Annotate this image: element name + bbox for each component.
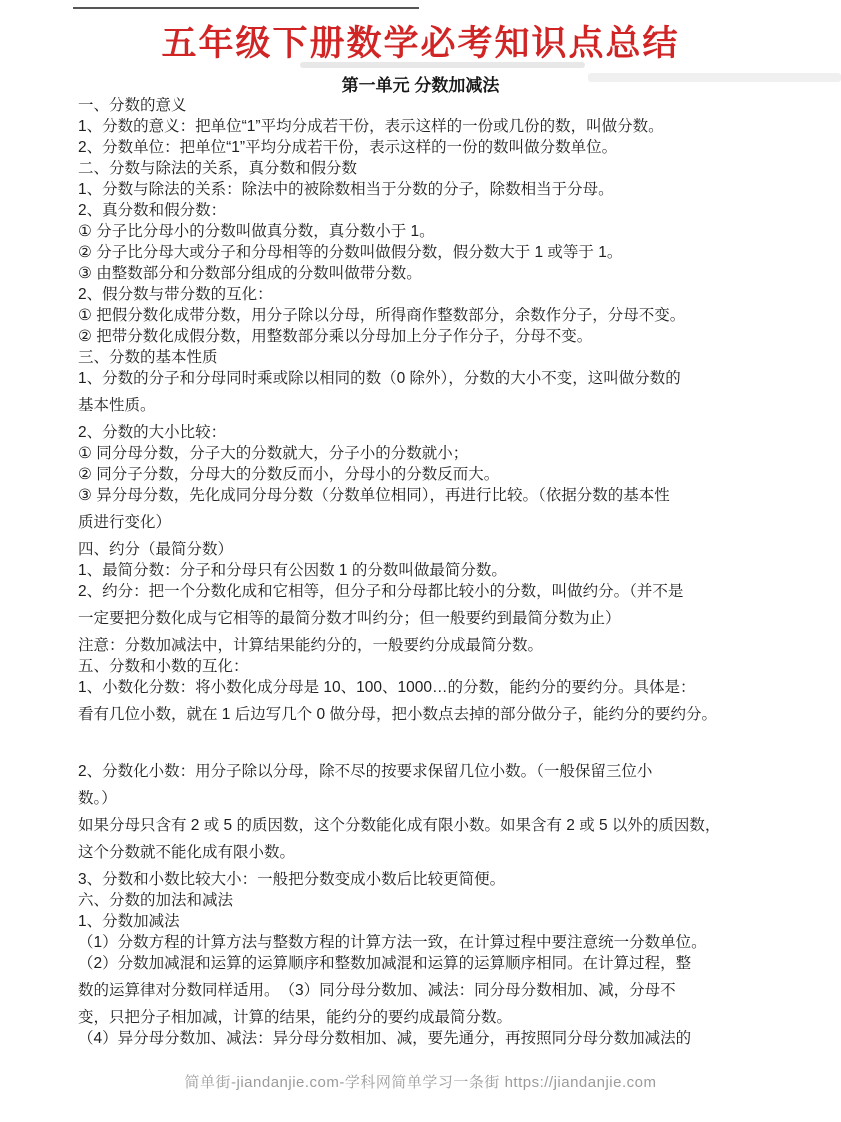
text-line: ③ 异分母分数，先化成同分母分数（分数单位相同），再进行比较。（依据分数的基本性 <box>78 485 778 506</box>
text-line: 2、真分数和假分数： <box>78 200 778 221</box>
text-line: ① 同分母分数，分子大的分数就大，分子小的分数就小； <box>78 443 778 464</box>
text-line: 2、分数单位：把单位“1”平均分成若干份，表示这样的一份的数叫做分数单位。 <box>78 137 778 158</box>
text-line: ① 分子比分母小的分数叫做真分数，真分数小于 1。 <box>78 221 778 242</box>
text-line: ② 同分子分数，分母大的分数反而小，分母小的分数反而大。 <box>78 464 778 485</box>
text-line: 如果分母只含有 2 或 5 的质因数，这个分数能化成有限小数。如果含有 2 或 … <box>78 815 778 836</box>
text-line: 2、分数化小数：用分子除以分母，除不尽的按要求保留几位小数。（一般保留三位小 <box>78 761 778 782</box>
text-line: 质进行变化） <box>78 512 778 533</box>
watermark-footer: 简单街-jiandanjie.com-学科网简单学习一条街 https://ji… <box>0 1071 841 1092</box>
top-rule-line <box>73 7 419 9</box>
text-line: ① 把假分数化成带分数，用分子除以分母，所得商作整数部分，余数作分子，分母不变。 <box>78 305 778 326</box>
text-line: 六、分数的加法和减法 <box>78 890 778 911</box>
text-line: 看有几位小数，就在 1 后边写几个 0 做分母，把小数点去掉的部分做分子，能约分… <box>78 704 778 725</box>
text-line: ② 分子比分母大或分子和分母相等的分数叫做假分数，假分数大于 1 或等于 1。 <box>78 242 778 263</box>
text-line: 这个分数就不能化成有限小数。 <box>78 842 778 863</box>
text-line: 变，只把分子相加减，计算的结果，能约分的要约成最简分数。 <box>78 1007 778 1028</box>
text-line: 1、最简分数：分子和分母只有公因数 1 的分数叫做最简分数。 <box>78 560 778 581</box>
unit-heading: 第一单元 分数加减法 <box>0 71 841 96</box>
text-line: ② 把带分数化成假分数，用整数部分乘以分母加上分子作分子，分母不变。 <box>78 326 778 347</box>
text-line: ③ 由整数部分和分数部分组成的分数叫做带分数。 <box>78 263 778 284</box>
text-line: 三、分数的基本性质 <box>78 347 778 368</box>
text-line: （1）分数方程的计算方法与整数方程的计算方法一致，在计算过程中要注意统一分数单位… <box>78 932 778 953</box>
scan-artifact-smudge <box>300 62 585 68</box>
document-page: 五年级下册数学必考知识点总结 第一单元 分数加减法 一、分数的意义1、分数的意义… <box>0 0 841 1122</box>
text-line: 2、约分：把一个分数化成和它相等，但分子和分母都比较小的分数，叫做约分。（并不是 <box>78 581 778 602</box>
document-body: 一、分数的意义1、分数的意义：把单位“1”平均分成若干份，表示这样的一份或几份的… <box>78 95 778 1049</box>
text-line: （4）异分母分数加、减法：异分母分数相加、减，要先通分，再按照同分母分数加减法的 <box>78 1028 778 1049</box>
text-line: 四、约分（最简分数） <box>78 539 778 560</box>
text-line: 数。） <box>78 788 778 809</box>
text-line: 1、分数加减法 <box>78 911 778 932</box>
document-title: 五年级下册数学必考知识点总结 <box>0 16 841 66</box>
text-line: 2、假分数与带分数的互化： <box>78 284 778 305</box>
text-line: 1、分数的分子和分母同时乘或除以相同的数（0 除外），分数的大小不变，这叫做分数… <box>78 368 778 389</box>
text-line: 1、小数化分数：将小数化成分母是 10、100、1000…的分数，能约分的要约分… <box>78 677 778 698</box>
text-line: 1、分数与除法的关系：除法中的被除数相当于分数的分子，除数相当于分母。 <box>78 179 778 200</box>
text-line: 一、分数的意义 <box>78 95 778 116</box>
text-line: 基本性质。 <box>78 395 778 416</box>
text-line: 注意：分数加减法中，计算结果能约分的，一般要约分成最简分数。 <box>78 635 778 656</box>
text-line: 二、分数与除法的关系，真分数和假分数 <box>78 158 778 179</box>
text-line: 数的运算律对分数同样适用。 （3）同分母分数加、减法：同分母分数相加、减，分母不 <box>78 980 778 1001</box>
text-line: 五、分数和小数的互化： <box>78 656 778 677</box>
text-line: 一定要把分数化成与它相等的最简分数才叫约分；但一般要约到最简分数为止） <box>78 608 778 629</box>
text-line: 2、分数的大小比较： <box>78 422 778 443</box>
text-line: 1、分数的意义：把单位“1”平均分成若干份，表示这样的一份或几份的数，叫做分数。 <box>78 116 778 137</box>
text-line: 3、分数和小数比较大小：一般把分数变成小数后比较更简便。 <box>78 869 778 890</box>
text-line: （2）分数加减混和运算的运算顺序和整数加减混和运算的运算顺序相同。在计算过程，整 <box>78 953 778 974</box>
